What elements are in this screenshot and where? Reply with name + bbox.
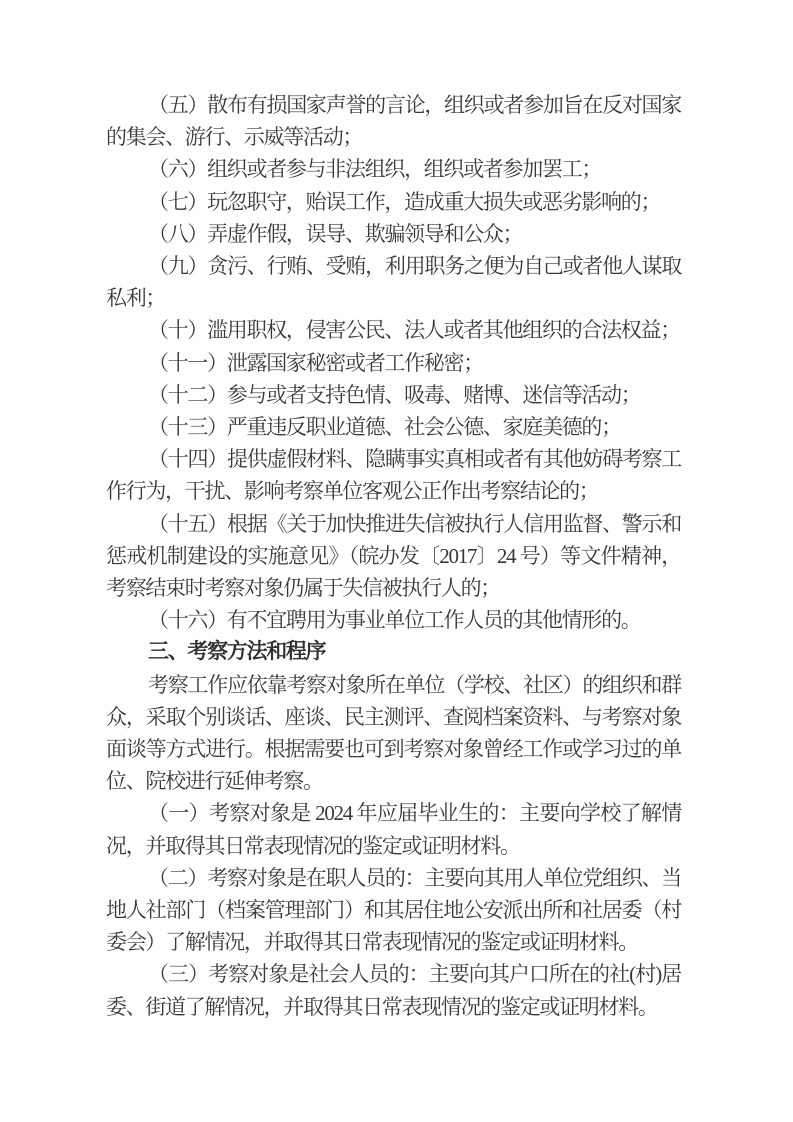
- clause-14: （十四）提供虚假材料、隐瞒事实真相或者有其他妨碍考察工作行为，干扰、影响考察单位…: [106, 443, 681, 507]
- clause-9: （九）贪污、行贿、受贿，利用职务之便为自己或者他人谋取私利；: [106, 250, 681, 314]
- clause-5: （五）散布有损国家声誉的言论，组织或者参加旨在反对国家的集会、游行、示威等活动；: [106, 89, 681, 153]
- section-item-1: （一）考察对象是 2024 年应届毕业生的：主要向学校了解情况，并取得其日常表现…: [106, 797, 681, 861]
- clause-10: （十）滥用职权，侵害公民、法人或者其他组织的合法权益；: [106, 314, 681, 346]
- clause-13: （十三）严重违反职业道德、社会公德、家庭美德的；: [106, 411, 681, 443]
- document-page: （五）散布有损国家声誉的言论，组织或者参加旨在反对国家的集会、游行、示威等活动；…: [0, 0, 793, 1122]
- clause-16: （十六）有不宜聘用为事业单位工作人员的其他情形的。: [106, 604, 681, 636]
- section-intro: 考察工作应依靠考察对象所在单位（学校、社区）的组织和群众，采取个别谈话、座谈、民…: [106, 669, 681, 798]
- section-item-3: （三）考察对象是社会人员的：主要向其户口所在的社(村)居委、街道了解情况，并取得…: [106, 958, 681, 1022]
- clause-12: （十二）参与或者支持色情、吸毒、赌博、迷信等活动；: [106, 379, 681, 411]
- clause-15: （十五）根据《关于加快推进失信被执行人信用监督、警示和惩戒机制建设的实施意见》（…: [106, 508, 681, 605]
- section-item-2: （二）考察对象是在职人员的：主要向其用人单位党组织、当地人社部门（档案管理部门）…: [106, 862, 681, 959]
- clause-11: （十一）泄露国家秘密或者工作秘密；: [106, 347, 681, 379]
- clause-8: （八）弄虚作假，误导、欺骗领导和公众；: [106, 218, 681, 250]
- clause-6: （六）组织或者参与非法组织，组织或者参加罢工；: [106, 153, 681, 185]
- section-heading: 三、考察方法和程序: [106, 636, 681, 668]
- clause-7: （七）玩忽职守，贻误工作，造成重大损失或恶劣影响的；: [106, 186, 681, 218]
